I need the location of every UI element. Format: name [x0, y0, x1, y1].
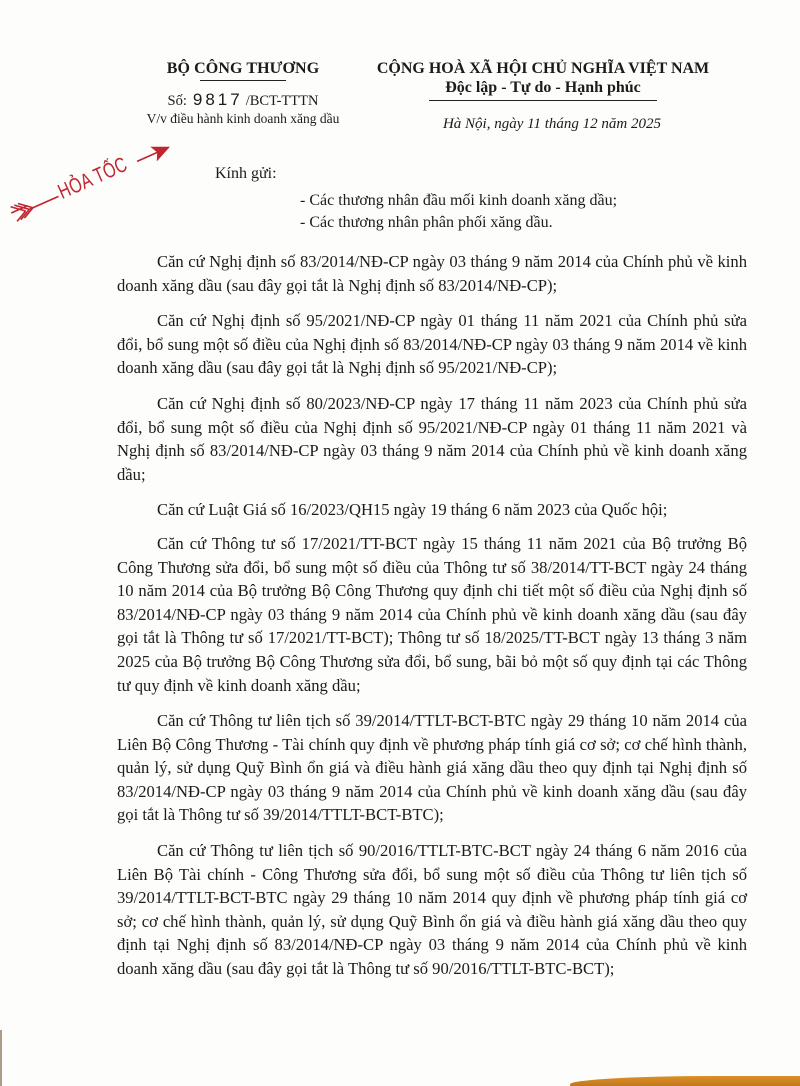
issuing-agency: BỘ CÔNG THƯƠNG	[118, 60, 368, 78]
legal-basis-paragraph: Căn cứ Nghị định số 95/2021/NĐ-CP ngày 0…	[117, 309, 747, 380]
place-and-date: Hà Nội, ngày 11 tháng 12 năm 2025	[368, 116, 718, 133]
document-page: BỘ CÔNG THƯƠNG Số:9817/BCT-TTTN V/v điều…	[0, 0, 800, 1086]
national-header: CỘNG HOÀ XÃ HỘI CHỦ NGHĨA VIỆT NAM Độc l…	[368, 60, 718, 133]
legal-basis-paragraph: Căn cứ Luật Giá số 16/2023/QH15 ngày 19 …	[117, 498, 747, 522]
legal-basis-paragraph: Căn cứ Nghị định số 80/2023/NĐ-CP ngày 1…	[117, 392, 747, 486]
recipient-item: - Các thương nhân đầu mối kinh doanh xăn…	[300, 190, 617, 212]
document-body: Căn cứ Nghị định số 83/2014/NĐ-CP ngày 0…	[117, 250, 747, 993]
document-number-suffix: /BCT-TTTN	[246, 93, 319, 109]
legal-basis-paragraph: Căn cứ Nghị định số 83/2014/NĐ-CP ngày 0…	[117, 250, 747, 297]
scan-edge-mark	[0, 1030, 2, 1086]
document-number-prefix: Số:	[168, 93, 187, 109]
agency-underline	[200, 80, 286, 81]
salutation: Kính gửi:	[215, 165, 277, 183]
urgent-stamp: HỎA TỐC	[0, 106, 186, 252]
national-motto: Độc lập - Tự do - Hạnh phúc	[368, 79, 718, 97]
document-number-value: 9817	[193, 90, 243, 109]
document-number: Số:9817/BCT-TTTN	[118, 90, 368, 110]
legal-basis-paragraph: Căn cứ Thông tư số 17/2021/TT-BCT ngày 1…	[117, 532, 747, 697]
recipient-item: - Các thương nhân phân phối xăng dầu.	[300, 212, 617, 234]
legal-basis-paragraph: Căn cứ Thông tư liên tịch số 90/2016/TTL…	[117, 839, 747, 981]
nation-title: CỘNG HOÀ XÃ HỘI CHỦ NGHĨA VIỆT NAM	[368, 60, 718, 78]
motto-underline	[429, 100, 657, 101]
legal-basis-paragraph: Căn cứ Thông tư liên tịch số 39/2014/TTL…	[117, 709, 747, 827]
page-corner-mark	[570, 1076, 800, 1086]
recipient-list: - Các thương nhân đầu mối kinh doanh xăn…	[300, 190, 617, 234]
